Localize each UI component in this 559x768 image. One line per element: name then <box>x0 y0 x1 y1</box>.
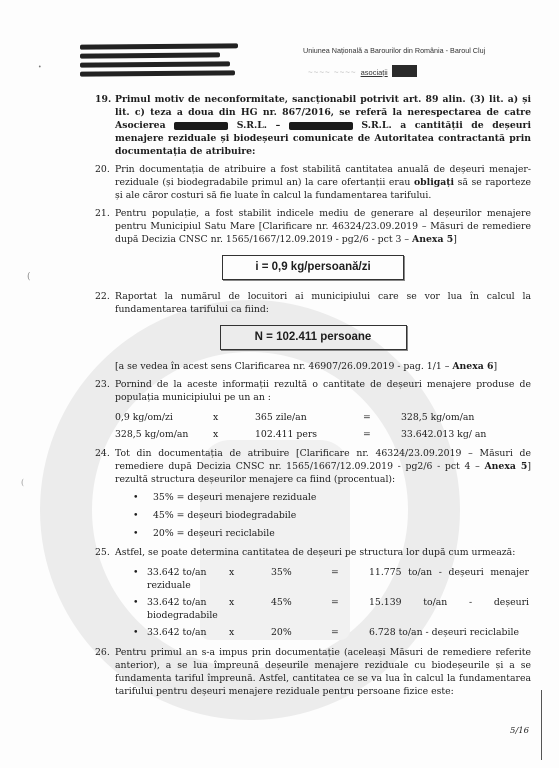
calc-cell: 328,5 kg/om/an <box>115 426 213 443</box>
calc-cell: = <box>363 426 401 443</box>
firm-logo: ~~~~ ~~~~ asociații <box>308 65 543 77</box>
structure-qty: 33.642 to/anbiodegradabile <box>147 594 229 624</box>
calc-row: 0,9 kg/om/zi x 365 zile/an = 328,5 kg/om… <box>115 409 486 426</box>
redacted-line <box>80 61 230 67</box>
letterhead-bar-association: Uniunea Națională a Barourilor din Român… <box>303 46 543 77</box>
calc-cell: x <box>213 409 255 426</box>
redacted-name <box>174 122 228 130</box>
page-number: 5/16 <box>510 726 529 736</box>
operator: x <box>229 594 271 624</box>
paragraph-number: 23. <box>95 378 110 391</box>
equals: = <box>331 594 369 624</box>
text: Pornind de la aceste informații rezultă … <box>115 379 531 403</box>
redacted-line <box>80 70 235 76</box>
margin-mark: ( <box>21 478 24 487</box>
calc-cell: = <box>363 409 401 426</box>
operator: x <box>229 624 271 641</box>
text: S.R.L. – <box>237 120 289 131</box>
paragraph-number: 19. <box>95 93 111 106</box>
document-body: 19. Primul motiv de neconformitate, sanc… <box>95 93 531 703</box>
text: Astfel, se poate determina cantitatea de… <box>115 547 515 558</box>
paragraph-20: 20. Prin documentația de atribuire a fos… <box>95 163 531 202</box>
calc-cell: 0,9 kg/om/zi <box>115 409 213 426</box>
calculation-table: 0,9 kg/om/zi x 365 zile/an = 328,5 kg/om… <box>115 409 486 443</box>
operator: x <box>229 564 271 594</box>
paragraph-19: 19. Primul motiv de neconformitate, sanc… <box>95 93 531 158</box>
calc-cell: x <box>213 426 255 443</box>
text: ] <box>493 361 497 372</box>
result: 6.728 to/an - deșeuri reciclabile <box>369 624 529 641</box>
text: Pentru populație, a fost stabilit indice… <box>115 208 531 245</box>
redacted-name <box>289 122 353 130</box>
bullet: • <box>133 624 147 641</box>
paragraph-number: 25. <box>95 546 110 559</box>
calc-cell: 365 zile/an <box>255 409 363 426</box>
paragraph-23: 23. Pornind de la aceste informații rezu… <box>95 378 531 404</box>
paragraph-number: 26. <box>95 646 110 659</box>
paragraph-22: 22. Raportat la numărul de locuitori ai … <box>95 290 531 316</box>
redacted-line <box>80 43 238 49</box>
structure-row: • 33.642 to/anbiodegradabile x 45% = 15.… <box>133 594 529 624</box>
annex-reference: Anexa 6 <box>452 361 493 372</box>
percent: 35% <box>271 564 331 594</box>
annex-reference: Anexa 5 <box>484 461 527 472</box>
qty-category: biodegradabile <box>147 610 218 621</box>
text: ] <box>453 234 457 245</box>
result: 15.139 to/an - deșeuri <box>369 594 529 624</box>
bullet: • <box>133 594 147 624</box>
note-clarification: [a se vedea în acest sens Clarificarea n… <box>95 360 531 373</box>
paragraph-21: 21. Pentru populație, a fost stabilit in… <box>95 207 531 246</box>
percent: 20% <box>271 624 331 641</box>
list-item: 45% = deșeuri biodegradabile <box>133 509 531 522</box>
calc-cell: 33.642.013 kg/ an <box>401 426 486 443</box>
paragraph-number: 24. <box>95 447 110 460</box>
structure-qty: 33.642 to/anreziduale <box>147 564 229 594</box>
logo-text: asociații <box>361 68 388 77</box>
annex-reference: Anexa 5 <box>412 234 453 245</box>
text: [a se vedea în acest sens Clarificarea n… <box>115 361 452 372</box>
waste-structure-table: • 33.642 to/anreziduale x 35% = 11.775 t… <box>133 564 529 641</box>
text: Raportat la numărul de locuitori ai muni… <box>115 291 531 315</box>
qty-value: 33.642 to/an <box>147 597 206 608</box>
logo-redaction-box <box>392 65 417 77</box>
paragraph-26: 26. Pentru primul an s-a impus prin docu… <box>95 646 531 698</box>
qty-value: 33.642 to/an <box>147 627 206 638</box>
logo-faded-text: ~~~~ ~~~~ <box>308 68 357 77</box>
percent: 45% <box>271 594 331 624</box>
letterhead-redacted <box>80 44 240 80</box>
text-emphasis: obligați <box>414 177 454 188</box>
formula-box-population: N = 102.411 persoane <box>220 325 407 350</box>
paragraph-25: 25. Astfel, se poate determina cantitate… <box>95 546 531 559</box>
equals: = <box>331 624 369 641</box>
paragraph-24: 24. Tot din documentația de atribuire [C… <box>95 447 531 486</box>
structure-row: • 33.642 to/anreziduale x 35% = 11.775 t… <box>133 564 529 594</box>
structure-row: • 33.642 to/an x 20% = 6.728 to/an - deș… <box>133 624 529 641</box>
list-item: 20% = deșeuri reciclabile <box>133 527 531 540</box>
structure-qty: 33.642 to/an <box>147 624 229 641</box>
bar-association-title: Uniunea Națională a Barourilor din Român… <box>303 46 543 55</box>
paragraph-number: 20. <box>95 163 110 176</box>
calc-cell: 102.411 pers <box>255 426 363 443</box>
formula-box-generation-index: i = 0,9 kg/persoană/zi <box>222 255 404 280</box>
paragraph-number: 22. <box>95 290 110 303</box>
qty-category: reziduale <box>147 580 191 591</box>
paragraph-number: 21. <box>95 207 110 220</box>
redacted-line <box>80 52 220 58</box>
calc-cell: 328,5 kg/om/an <box>401 409 486 426</box>
text: Pentru primul an s-a impus prin document… <box>115 647 531 697</box>
result: 11.775 to/an - deșeuri menajer <box>369 564 529 594</box>
waste-percent-list: 35% = deșeuri menajere reziduale 45% = d… <box>95 491 531 540</box>
bullet: • <box>133 564 147 594</box>
calc-row: 328,5 kg/om/an x 102.411 pers = 33.642.0… <box>115 426 486 443</box>
equals: = <box>331 564 369 594</box>
list-item: 35% = deșeuri menajere reziduale <box>133 491 531 504</box>
text: Tot din documentația de atribuire [Clari… <box>115 448 531 472</box>
scan-artifact: • <box>38 64 42 71</box>
margin-mark: ( <box>27 272 31 282</box>
scan-edge-line <box>541 690 542 760</box>
qty-value: 33.642 to/an <box>147 567 206 578</box>
